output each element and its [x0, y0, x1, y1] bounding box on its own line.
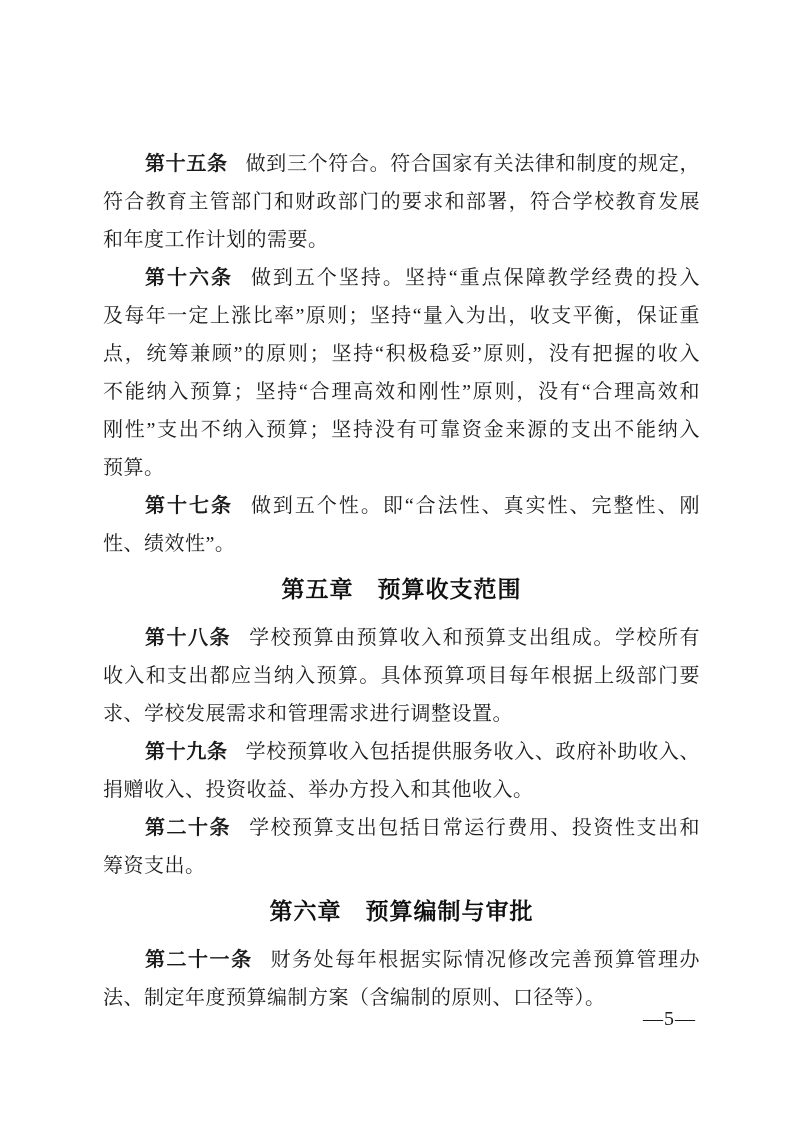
text-line: 捐赠收入、投资收益、举办方投入和其他收入。	[103, 771, 700, 809]
text-line: 不能纳入预算；坚持“合理高效和刚性”原则，没有“合理高效和	[103, 373, 700, 411]
text-run: 学校预算支出包括日常运行费用、投资性支出和	[249, 817, 700, 839]
document-page: 第十五条做到三个符合。符合国家有关法律和制度的规定， 符合教育主管部门和财政部门…	[0, 0, 794, 1122]
article-17: 第十七条做到五个性。即“合法性、真实性、完整性、刚 性、绩效性”。	[103, 487, 700, 563]
text-line: 性、绩效性”。	[103, 525, 700, 563]
text-line: 第十七条做到五个性。即“合法性、真实性、完整性、刚	[103, 487, 700, 525]
text-line: 收入和支出都应当纳入预算。具体预算项目每年根据上级部门要	[103, 657, 700, 695]
text-line: 法、制定年度预算编制方案（含编制的原则、口径等）。	[103, 979, 700, 1017]
text-line: 点，统筹兼顾”的原则；坚持“积极稳妥”原则，没有把握的收入	[103, 335, 700, 373]
text-line: 第二十条学校预算支出包括日常运行费用、投资性支出和	[103, 809, 700, 847]
article-number: 第十七条	[145, 495, 233, 517]
text-line: 第二十一条财务处每年根据实际情况修改完善预算管理办	[103, 941, 700, 979]
article-number: 第十九条	[145, 741, 228, 763]
document-content: 第十五条做到三个符合。符合国家有关法律和制度的规定， 符合教育主管部门和财政部门…	[103, 145, 700, 1017]
article-number: 第二十一条	[145, 949, 253, 971]
article-number: 第十八条	[145, 627, 231, 649]
article-15: 第十五条做到三个符合。符合国家有关法律和制度的规定， 符合教育主管部门和财政部门…	[103, 145, 700, 259]
article-number: 第二十条	[145, 817, 231, 839]
text-line: 第十六条做到五个坚持。坚持“重点保障教学经费的投入	[103, 259, 700, 297]
text-line: 求、学校发展需求和管理需求进行调整设置。	[103, 695, 700, 733]
text-line: 第十九条学校预算收入包括提供服务收入、政府补助收入、	[103, 733, 700, 771]
text-line: 筹资支出。	[103, 847, 700, 885]
text-run: 做到五个坚持。坚持“重点保障教学经费的投入	[251, 267, 700, 289]
text-line: 刚性”支出不纳入预算；坚持没有可靠资金来源的支出不能纳入	[103, 411, 700, 449]
text-line: 符合教育主管部门和财政部门的要求和部署，符合学校教育发展	[103, 183, 700, 221]
article-20: 第二十条学校预算支出包括日常运行费用、投资性支出和 筹资支出。	[103, 809, 700, 885]
article-number: 第十五条	[145, 153, 228, 175]
article-18: 第十八条学校预算由预算收入和预算支出组成。学校所有 收入和支出都应当纳入预算。具…	[103, 619, 700, 733]
text-run: 财务处每年根据实际情况修改完善预算管理办	[271, 949, 700, 971]
text-line: 第十八条学校预算由预算收入和预算支出组成。学校所有	[103, 619, 700, 657]
text-run: 学校预算由预算收入和预算支出组成。学校所有	[249, 627, 700, 649]
text-line: 第十五条做到三个符合。符合国家有关法律和制度的规定，	[103, 145, 700, 183]
article-number: 第十六条	[145, 267, 233, 289]
text-run: 做到五个性。即“合法性、真实性、完整性、刚	[251, 495, 700, 517]
chapter-5-heading: 第五章 预算收支范围	[103, 569, 700, 609]
text-line: 及每年一定上涨比率”原则；坚持“量入为出，收支平衡，保证重	[103, 297, 700, 335]
chapter-6-heading: 第六章 预算编制与审批	[103, 891, 700, 931]
text-run: 学校预算收入包括提供服务收入、政府补助收入、	[246, 741, 700, 763]
text-line: 和年度工作计划的需要。	[103, 221, 700, 259]
text-run: 做到三个符合。符合国家有关法律和制度的规定，	[246, 153, 700, 175]
page-number: —5—	[643, 1008, 696, 1031]
article-21: 第二十一条财务处每年根据实际情况修改完善预算管理办 法、制定年度预算编制方案（含…	[103, 941, 700, 1017]
article-19: 第十九条学校预算收入包括提供服务收入、政府补助收入、 捐赠收入、投资收益、举办方…	[103, 733, 700, 809]
article-16: 第十六条做到五个坚持。坚持“重点保障教学经费的投入 及每年一定上涨比率”原则；坚…	[103, 259, 700, 487]
text-line: 预算。	[103, 449, 700, 487]
